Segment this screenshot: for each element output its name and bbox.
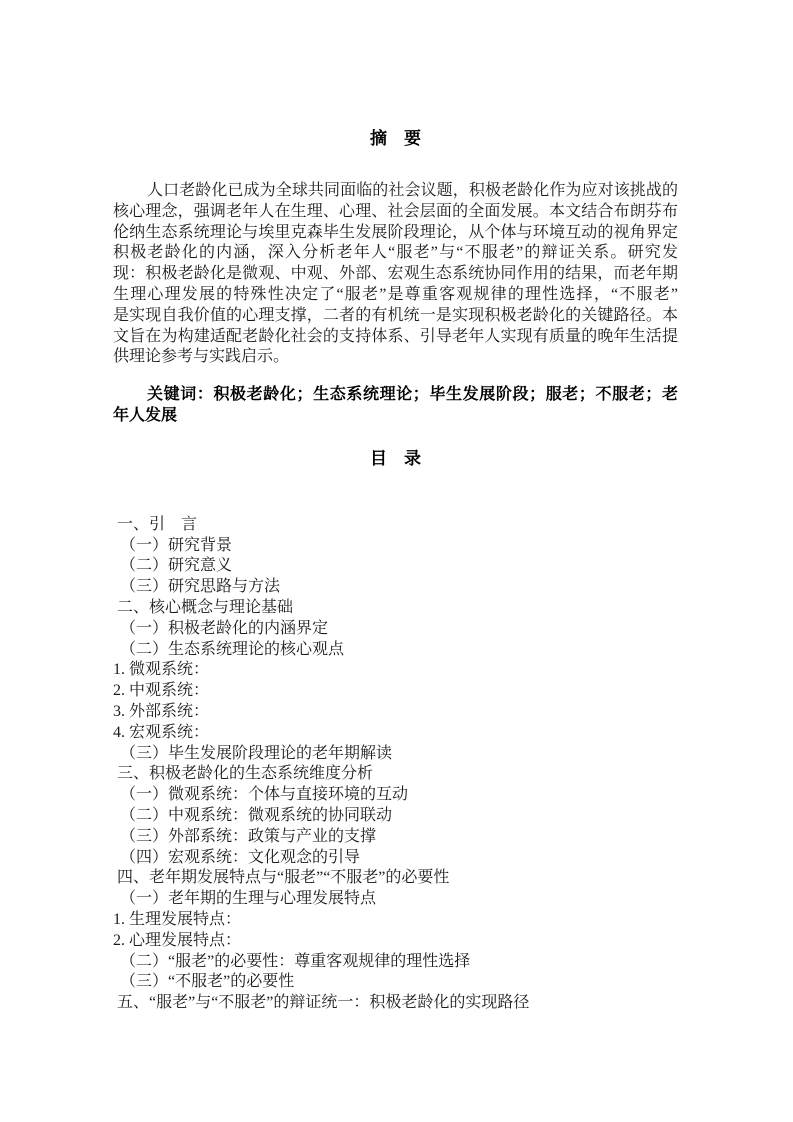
toc-entry: 1. 微观系统： — [113, 660, 678, 681]
abstract-paragraph-line: 积极老龄化的内涵，深入分析老年人“服老”与“不服老”的辩证关系。研究发 — [113, 243, 678, 264]
toc-entry: （二）“服老”的必要性：尊重客观规律的理性选择 — [113, 952, 678, 973]
toc-entry: （一）积极老龄化的内涵界定 — [113, 619, 678, 640]
toc-entry: （三）研究思路与方法 — [113, 577, 678, 598]
toc-entry: （二）中观系统：微观系统的协同联动 — [113, 806, 678, 827]
toc-entry: （二）研究意义 — [113, 556, 678, 577]
abstract-paragraph-line: 伦纳生态系统理论与埃里克森毕生发展阶段理论，从个体与环境互动的视角界定 — [113, 223, 678, 244]
abstract-title: 摘 要 — [113, 128, 678, 149]
keywords-line: 关键词：积极老龄化；生态系统理论；毕生发展阶段；服老；不服老；老 — [113, 385, 678, 406]
toc-entry: 三、积极老龄化的生态系统维度分析 — [113, 764, 678, 785]
page-content: 摘 要 人口老龄化已成为全球共同面临的社会议题，积极老龄化作为应对该挑战的核心理… — [113, 0, 678, 1014]
toc-entry: （一）研究背景 — [113, 536, 678, 557]
toc-title: 目 录 — [113, 448, 678, 469]
abstract-paragraph-line: 供理论参考与实践启示。 — [113, 347, 678, 368]
toc-entry: （三）外部系统：政策与产业的支撑 — [113, 827, 678, 848]
abstract-paragraph-line: 现：积极老龄化是微观、中观、外部、宏观生态系统协同作用的结果，而老年期 — [113, 264, 678, 285]
toc-entry: （一）微观系统：个体与直接环境的互动 — [113, 785, 678, 806]
toc-entry: 二、核心概念与理论基础 — [113, 598, 678, 619]
abstract-paragraph-line: 核心理念，强调老年人在生理、心理、社会层面的全面发展。本文结合布朗芬布 — [113, 202, 678, 223]
toc-entry: 五、“服老”与“不服老”的辩证统一：积极老龄化的实现路径 — [113, 993, 678, 1014]
toc-entry: 四、老年期发展特点与“服老”“不服老”的必要性 — [113, 868, 678, 889]
toc-entry: （三）毕生发展阶段理论的老年期解读 — [113, 744, 678, 765]
toc-entry: （四）宏观系统：文化观念的引导 — [113, 848, 678, 869]
abstract-paragraph-line: 人口老龄化已成为全球共同面临的社会议题，积极老龄化作为应对该挑战的 — [113, 181, 678, 202]
toc-entry: 1. 生理发展特点： — [113, 910, 678, 931]
toc-entry: 3. 外部系统： — [113, 702, 678, 723]
toc-entry: 一、引 言 — [113, 515, 678, 536]
abstract-paragraph-line: 生理心理发展的特殊性决定了“服老”是尊重客观规律的理性选择，“不服老” — [113, 285, 678, 306]
keywords-block: 关键词：积极老龄化；生态系统理论；毕生发展阶段；服老；不服老；老年人发展 — [113, 385, 678, 427]
toc-list: 一、引 言（一）研究背景（二）研究意义（三）研究思路与方法二、核心概念与理论基础… — [113, 515, 678, 1014]
toc-entry: 2. 中观系统： — [113, 681, 678, 702]
document-page: 摘 要 人口老龄化已成为全球共同面临的社会议题，积极老龄化作为应对该挑战的核心理… — [0, 0, 793, 1122]
abstract-paragraph-line: 文旨在为构建适配老龄化社会的支持体系、引导老年人实现有质量的晚年生活提 — [113, 327, 678, 348]
toc-entry: 4. 宏观系统： — [113, 723, 678, 744]
abstract-paragraph-line: 是实现自我价值的心理支撑，二者的有机统一是实现积极老龄化的关键路径。本 — [113, 306, 678, 327]
toc-entry: （二）生态系统理论的核心观点 — [113, 640, 678, 661]
toc-entry: 2. 心理发展特点： — [113, 931, 678, 952]
keywords-line: 年人发展 — [113, 406, 678, 427]
toc-entry: （三）“不服老”的必要性 — [113, 972, 678, 993]
abstract-paragraph: 人口老龄化已成为全球共同面临的社会议题，积极老龄化作为应对该挑战的核心理念，强调… — [113, 181, 678, 368]
toc-entry: （一）老年期的生理与心理发展特点 — [113, 889, 678, 910]
